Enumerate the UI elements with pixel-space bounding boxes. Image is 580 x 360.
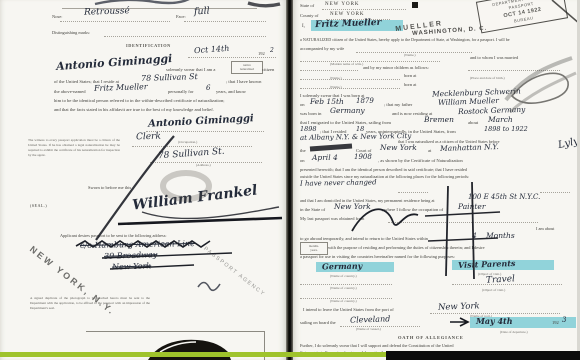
- video-control-bar[interactable]: [386, 351, 580, 360]
- mailing-address-line1: c/o Hamburg American Line: [80, 239, 195, 250]
- country-label-2: (Name of country.): [330, 286, 357, 290]
- signature-rule: [146, 131, 264, 132]
- at-label: at: [428, 148, 431, 153]
- emigration-month-value: March: [488, 115, 513, 124]
- video-progress-bar[interactable]: [0, 352, 388, 357]
- left-page: Nose: Retroussé Face: full Distinguishin…: [0, 0, 286, 360]
- applicant-name-left: Fritz Mueller: [94, 82, 148, 93]
- birth-date-value: Feb 15th: [310, 97, 344, 106]
- affidavit-year-print: 192: [258, 51, 265, 56]
- passport-agency-stamp: PASSPORT AGENCY: [202, 246, 266, 298]
- children-line: and by my minor children as follows:: [363, 65, 429, 70]
- the-label: the: [300, 148, 306, 153]
- state-value: NEW YORK: [325, 2, 360, 7]
- departure-year-value: 3: [562, 316, 566, 324]
- face-label: Face:: [176, 14, 186, 19]
- court-place-value: New York: [380, 143, 417, 152]
- countries-line: a passport for use in visiting the count…: [300, 254, 455, 259]
- departure-port-value: New York: [438, 301, 480, 312]
- state-line: in the State of: [300, 207, 325, 212]
- occupation-line: , where I follow the occupation of: [382, 207, 443, 212]
- periods-value: I have never changed: [300, 178, 377, 187]
- birth-label-1: (Place and date of birth.): [470, 76, 505, 80]
- return-line: to go abroad temporarily, and intend to …: [300, 236, 428, 241]
- naturalization-date-value: April 4: [312, 153, 338, 162]
- purpose1-value: Visit Parents: [458, 258, 516, 270]
- wife-line: accompanied by my wife: [300, 46, 344, 51]
- purpose-line: with the purpose of residing and perform…: [328, 245, 485, 250]
- children-rule-a: [300, 70, 358, 71]
- nose-value: Retroussé: [84, 6, 130, 18]
- affidavit-line3a: the above-named: [54, 89, 86, 94]
- on-label2: on: [300, 158, 305, 163]
- wife-name-label: (Name.): [404, 53, 416, 57]
- country-label-1: (Name of country.): [330, 274, 357, 278]
- ss-mark: [412, 2, 418, 8]
- occupation-label: (Occupation.): [178, 140, 197, 144]
- domicile-state-value: New York: [334, 202, 371, 211]
- father-line: ; that my father: [384, 102, 412, 107]
- state-label: State of: [300, 3, 314, 8]
- i-am-about-line: I am about: [536, 226, 554, 231]
- certificate-line: , as shown by the Certificate of Natural…: [378, 158, 463, 163]
- face-value: full: [194, 6, 210, 18]
- born-at-2: born at: [404, 82, 416, 87]
- witness-residence: 78 Sullivan St: [141, 72, 198, 83]
- married-line: and to whom I was married: [470, 55, 518, 60]
- country2-rule: [300, 284, 392, 285]
- application-intro-line: a NATURALIZED citizen of the United Stat…: [300, 37, 510, 42]
- children-rule-b: [468, 70, 560, 71]
- citizen-type-box: native naturalized: [231, 61, 263, 74]
- on-label: on: [300, 102, 305, 107]
- months-box-bottom: years.: [303, 248, 325, 252]
- seal-label: (SEAL.): [30, 203, 47, 208]
- state-rule: [322, 9, 406, 10]
- resided-range-value: 1898 to 1922: [484, 125, 528, 133]
- applicant-intro: I,: [302, 24, 305, 29]
- witness-signature: Antonio Giminaggi: [148, 113, 254, 130]
- affidavit-line3c: years, and know: [216, 89, 246, 94]
- page-fold-divider: [286, 0, 293, 360]
- resided-year-value: 1898: [300, 125, 317, 133]
- permanent-residence-value: 100 E 45th St N.Y.C.: [468, 193, 540, 201]
- port-line: I intend to leave the United States from…: [303, 307, 394, 312]
- witness-address: 78 Sullivan St.: [158, 147, 225, 162]
- vessel-rule: [340, 326, 420, 327]
- object-label-2: (Object of visit.): [482, 288, 505, 292]
- affidavit-line4: him to be the identical person referred …: [54, 98, 225, 103]
- return-unit: Months: [486, 231, 515, 240]
- photo-footnote: A signed duplicate of the photograph to …: [30, 296, 150, 311]
- notary-signature: William Frankel: [131, 182, 258, 213]
- marks-label: Distinguishing marks:: [52, 30, 90, 35]
- county-value: NEW YORK: [330, 12, 365, 17]
- blank-rule-1: [398, 192, 428, 193]
- return-value: 4: [472, 231, 477, 240]
- address-label: (Address.): [196, 163, 211, 167]
- about-label: about: [468, 120, 478, 125]
- country-label-3: (Name of country.): [330, 299, 357, 303]
- presented-line: presented herewith; that I am the identi…: [300, 167, 467, 172]
- months-years-box: months. years.: [300, 242, 328, 255]
- country1-value: Germany: [322, 261, 362, 272]
- maiden-label: (Maiden name of wife.): [330, 62, 363, 66]
- years-known-value: 6: [206, 84, 210, 92]
- sworn-label: Sworn to before me this: [88, 185, 131, 190]
- witness-side-note: The witness to every passport applicatio…: [28, 138, 120, 158]
- witness-occupation: Clerk: [136, 132, 161, 143]
- vessel-line: sailing on board the: [300, 320, 336, 325]
- affidavit-line5: and that the facts stated in his affidav…: [54, 107, 214, 112]
- purpose2-rule: [452, 284, 562, 285]
- oath-heading: OATH OF ALLEGIANCE: [398, 335, 464, 340]
- vessel-value: Cleveland: [350, 314, 391, 324]
- date-rule: [188, 57, 276, 58]
- scanned-document-viewer: Nose: Retroussé Face: full Distinguishin…: [0, 0, 580, 360]
- occupation-rule: [132, 146, 252, 147]
- emigration-port-value: Bremen: [424, 115, 454, 124]
- mailing-address-heading: Applicant desires passport to be sent to…: [60, 233, 167, 238]
- departure-year-print: 192: [552, 320, 559, 325]
- maiden-rule: [300, 61, 440, 62]
- face-rule: [184, 21, 266, 22]
- affidavit-year-value: 2: [270, 47, 274, 54]
- witness-name-handwriting: Antonio Giminaggi: [56, 52, 173, 73]
- oath-line1: Further, I do solemnly swear that I will…: [300, 343, 454, 348]
- last-passport-line: My last passport was obtained from: [300, 216, 364, 221]
- resided-years-value: 18: [356, 125, 364, 133]
- affidavit-line2b: ; that I have known: [226, 79, 261, 84]
- affidavit-line3b: personally for: [168, 89, 194, 94]
- vessel-label: (Name of vessel.): [356, 327, 381, 331]
- birth-year-value: 1879: [356, 97, 374, 105]
- child-rule-2: [300, 88, 400, 89]
- port-rule: [430, 313, 560, 314]
- child-rule-1: [300, 79, 400, 80]
- departure-date-value: May 4th: [476, 316, 513, 326]
- identification-heading: IDENTIFICATION: [126, 43, 171, 48]
- nose-label: Nose:: [52, 14, 63, 19]
- blank-rule-2: [540, 192, 570, 193]
- county-label: County of: [300, 13, 319, 18]
- nose-rule: [60, 21, 170, 22]
- naturalization-year-value: 1908: [354, 153, 372, 161]
- affidavit-line1-end: citizen: [262, 67, 274, 72]
- mailing-address-line2: 39 Broadway: [104, 250, 158, 261]
- born-at-1: born at: [404, 73, 416, 78]
- mailing-address-line3: New York: [112, 261, 151, 271]
- occupation-value: Painter: [458, 202, 485, 211]
- marks-rule: [104, 36, 266, 37]
- affidavit-date: Oct 14th: [194, 44, 230, 55]
- citizen-box-bottom: naturalized: [234, 67, 260, 71]
- last-passport-rule: [388, 222, 538, 223]
- father-born-label: was born in: [300, 111, 321, 116]
- address-rule: [150, 162, 262, 163]
- departure-label: (Date of departure.): [500, 330, 528, 334]
- father-country-value: Germany: [330, 106, 365, 115]
